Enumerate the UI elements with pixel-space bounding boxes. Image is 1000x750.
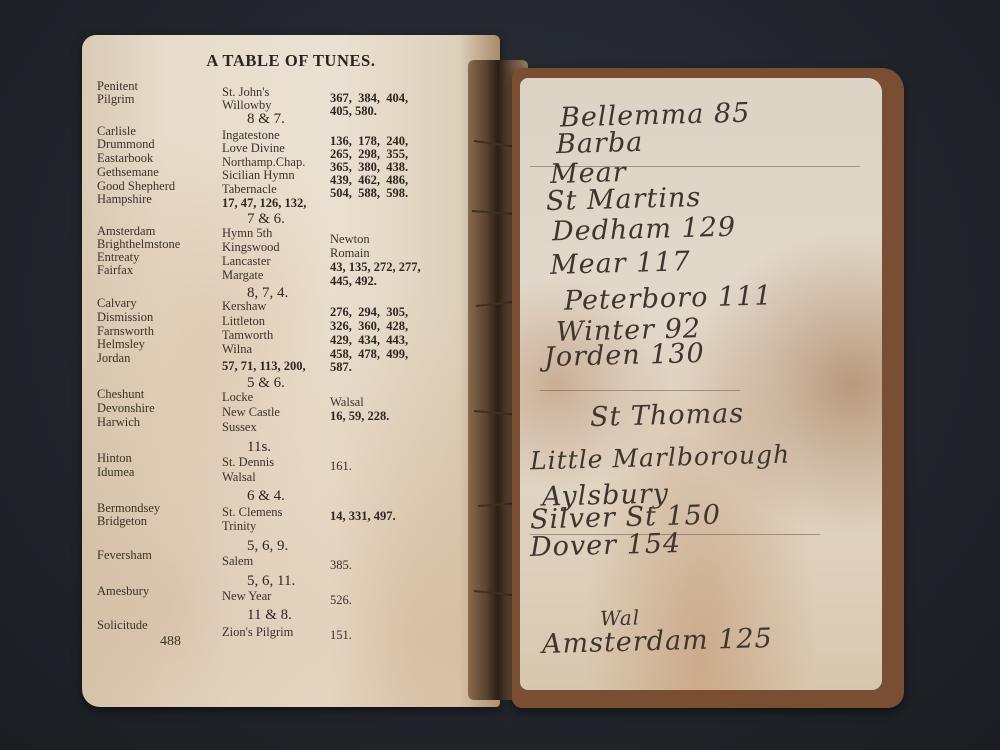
meter-heading: 8 & 7.	[247, 111, 285, 128]
page-title: A TABLE OF TUNES.	[82, 51, 500, 71]
tune-name: Zion's Pilgrim	[222, 626, 293, 640]
tune-name: Helmsley	[97, 338, 145, 352]
tune-name: St. Clemens	[222, 506, 282, 520]
tune-name: Kershaw	[222, 300, 266, 314]
tune-name: Calvary	[97, 297, 137, 311]
tune-name: Tamworth	[222, 329, 273, 343]
handwritten-line: Peterboro 111	[564, 280, 773, 316]
tune-name: Pilgrim	[97, 93, 135, 107]
tune-name: Idumea	[97, 466, 134, 480]
hymn-numbers: 161.	[330, 460, 352, 474]
hymn-numbers: 445, 492.	[330, 275, 377, 289]
handwritten-line: Barba	[556, 127, 644, 160]
handwritten-line: Mear 117	[550, 246, 692, 281]
hymn-numbers: 429, 434, 443,	[330, 334, 408, 348]
hymn-numbers: 326, 360, 428,	[330, 320, 408, 334]
hymn-numbers: 57, 71, 113, 200,	[222, 360, 306, 374]
meter-heading: 6 & 4.	[247, 488, 285, 505]
tune-name: Hymn 5th	[222, 227, 272, 241]
tune-name: Salem	[222, 555, 253, 569]
meter-heading: 5, 6, 11.	[247, 573, 295, 590]
tune-name: Cheshunt	[97, 388, 144, 402]
tune-name: Jordan	[97, 352, 130, 366]
meter-heading: 11s.	[247, 439, 271, 456]
tune-name: Romain	[330, 247, 370, 261]
tune-name: Kingswood	[222, 241, 280, 255]
hymn-numbers: 526.	[330, 594, 352, 608]
hymn-numbers: 587.	[330, 361, 352, 375]
hymn-numbers: 276, 294, 305,	[330, 306, 408, 320]
tune-name: Lancaster	[222, 255, 271, 269]
ruled-line	[540, 390, 740, 391]
tune-name: St. Dennis	[222, 456, 274, 470]
page-number: 488	[160, 635, 181, 649]
handwritten-line: Amsterdam 125	[542, 623, 774, 660]
tune-name: Tabernacle	[222, 183, 277, 197]
hymn-numbers: 385.	[330, 559, 352, 573]
tune-name: Wilna	[222, 343, 252, 357]
tune-name: Drummond	[97, 138, 155, 152]
hymn-numbers: 405, 580.	[330, 105, 377, 119]
hymn-numbers: 151.	[330, 629, 352, 643]
tune-name: Trinity	[222, 520, 256, 534]
handwritten-line: St Thomas	[590, 398, 745, 433]
hymn-numbers: 14, 331, 497.	[330, 510, 396, 524]
tune-name: Margate	[222, 269, 263, 283]
tune-name: Bridgeton	[97, 515, 147, 529]
tune-name: Eastarbook	[97, 152, 153, 166]
tune-name: Hampshire	[97, 193, 152, 207]
tune-name: Devonshire	[97, 402, 155, 416]
tune-name: Harwich	[97, 416, 140, 430]
handwritten-line: Dedham 129	[552, 212, 737, 248]
tune-name: Solicitude	[97, 619, 148, 633]
handwritten-line: Jorden 130	[544, 338, 706, 373]
tune-name: Hinton	[97, 452, 132, 466]
hymn-numbers: 16, 59, 228.	[330, 410, 389, 424]
book-right-page: Bellemma 85 Barba Mear St Martins Dedham…	[520, 78, 882, 690]
tune-name: Littleton	[222, 315, 265, 329]
hymn-numbers: 504, 588, 598.	[330, 187, 408, 201]
meter-heading: 11 & 8.	[247, 607, 292, 624]
tune-name: Amesbury	[97, 585, 149, 599]
tune-name: Gethsemane	[97, 166, 159, 180]
tune-name: Walsal	[330, 396, 364, 410]
hymn-numbers: 43, 135, 272, 277,	[330, 261, 421, 275]
book-left-page: A TABLE OF TUNES. Penitent Pilgrim St. J…	[82, 35, 500, 707]
meter-heading: 5, 6, 9.	[247, 538, 288, 555]
tune-name: Newton	[330, 233, 370, 247]
tune-name: Dismission	[97, 311, 153, 325]
handwritten-line: Little Marlborough	[530, 440, 791, 476]
tune-name: New Year	[222, 590, 271, 604]
tune-name: Sussex	[222, 421, 257, 435]
tune-name: Locke	[222, 391, 253, 405]
hymn-numbers: 17, 47, 126, 132,	[222, 197, 306, 211]
tune-name: Love Divine	[222, 142, 285, 156]
tune-name: Sicilian Hymn	[222, 169, 295, 183]
tune-name: Feversham	[97, 549, 152, 563]
tune-name: Walsal	[222, 471, 256, 485]
tune-name: New Castle	[222, 406, 280, 420]
handwritten-line: Dover 154	[530, 528, 682, 563]
tune-name: Fairfax	[97, 264, 133, 278]
handwritten-line: St Martins	[546, 182, 702, 217]
